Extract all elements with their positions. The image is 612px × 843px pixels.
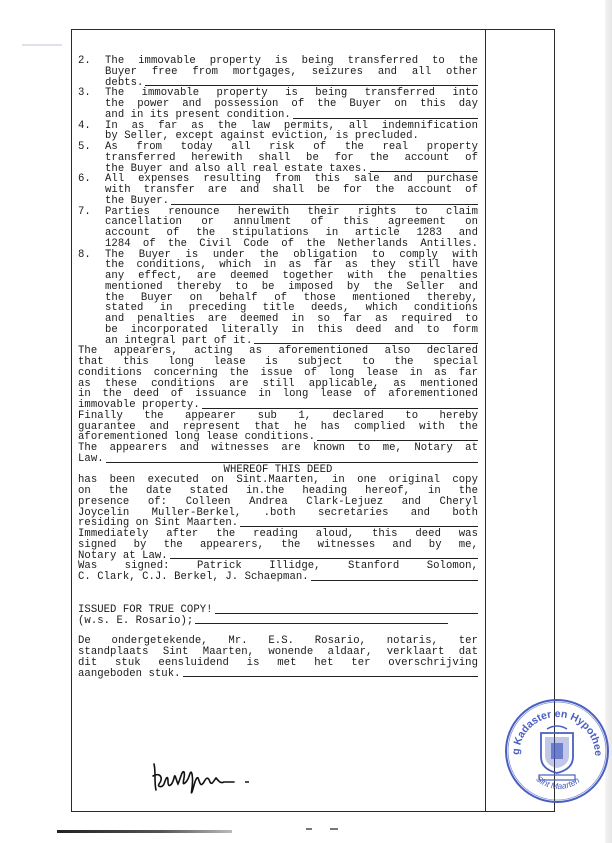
- closing-paragraph: has been executed on Sint.Maarten, in on…: [78, 475, 478, 529]
- clause-body: All expenses resulting from this sale an…: [105, 174, 478, 206]
- line-text: (w.s. E. Rosario);: [78, 616, 193, 627]
- clause-body: The immovable property is being transfer…: [105, 56, 478, 88]
- fill-rule: [202, 408, 478, 409]
- fill-rule: [370, 171, 478, 172]
- text-line: aangeboden stuk.: [78, 669, 478, 680]
- margin-divider: [485, 29, 486, 812]
- text-line: Finally the appearer sub 1, declared to …: [78, 411, 478, 422]
- clause-item: 5.As from today all risk of the real pro…: [78, 142, 478, 174]
- line-text: the Buyer.: [105, 196, 169, 207]
- fill-rule: [254, 343, 478, 344]
- text-line: be incorporated literally in this deed a…: [105, 325, 478, 336]
- spacer: [78, 583, 478, 605]
- ws-rosario-line: (w.s. E. Rosario);: [78, 616, 448, 627]
- text-line: dit stuk eensluidend is met het ter over…: [78, 658, 478, 669]
- text-line: presence of: Colleen Andrea Clark-Lejuez…: [78, 497, 478, 508]
- clause-body: The immovable property is being transfer…: [105, 88, 478, 120]
- text-line: Buyer free from mortgages, seizures and …: [105, 67, 478, 78]
- text-line: and in its present condition.: [105, 110, 478, 121]
- scan-artifact: [22, 44, 62, 46]
- clause-item: 8.The Buyer is under the obligation to c…: [78, 250, 478, 347]
- clause-number: 3.: [78, 88, 105, 120]
- text-line: Law.: [78, 454, 478, 465]
- clause-number: 4.: [78, 121, 105, 143]
- text-line: conditions concerning the issue of long …: [78, 368, 478, 379]
- clause-body: In as far as the law permits, all indemn…: [105, 121, 478, 143]
- clause-body: As from today all risk of the real prope…: [105, 142, 478, 174]
- paragraph: The appearers and witnesses are known to…: [78, 443, 478, 465]
- fill-rule: [183, 676, 478, 677]
- closing-paragraph: Was signed: Patrick Illidge, Stanford So…: [78, 561, 478, 583]
- paragraph: The appearers, acting as aforementioned …: [78, 346, 478, 411]
- text-line: mentioned thereby to be imposed by the S…: [105, 282, 478, 293]
- clause-item: 2.The immovable property is being transf…: [78, 56, 478, 88]
- notary-signature: [150, 758, 260, 798]
- clause-item: 6.All expenses resulting from this sale …: [78, 174, 478, 206]
- fill-rule: [145, 85, 478, 86]
- line-text: and in its present condition.: [105, 110, 291, 121]
- fill-rule: [195, 623, 448, 624]
- line-text: aangeboden stuk.: [78, 669, 181, 680]
- clause-item: 3.The immovable property is being transf…: [78, 88, 478, 120]
- paragraph: Finally the appearer sub 1, declared to …: [78, 411, 478, 443]
- scan-mark: [306, 828, 312, 830]
- text-line: 1284 of the Civil Code of the Netherland…: [105, 239, 478, 250]
- text-line: signed by the appearers, the witnesses a…: [78, 540, 478, 551]
- scan-edge-bar: [57, 830, 232, 833]
- dutch-certification: De ondergetekende, Mr. E.S. Rosario, not…: [78, 636, 478, 679]
- deed-text: 2.The immovable property is being transf…: [78, 56, 478, 679]
- text-line: The appearers and witnesses are known to…: [78, 443, 478, 454]
- clause-body: Parties renounce herewith their rights t…: [105, 207, 478, 250]
- closing-paragraph: Immediately after the reading aloud, thi…: [78, 529, 478, 561]
- scan-mark: [330, 828, 338, 830]
- fill-rule: [215, 613, 478, 614]
- fill-rule: [171, 204, 478, 205]
- issued-true-copy-line: ISSUED FOR TRUE COPY!: [78, 605, 478, 616]
- line-text: ISSUED FOR TRUE COPY!: [78, 605, 213, 616]
- text-line: C. Clark, C.J. Berkel, J. Schaepman.: [78, 572, 478, 583]
- text-line: the Buyer.: [105, 196, 478, 207]
- fill-rule: [106, 462, 478, 463]
- fill-rule: [311, 580, 478, 581]
- fill-rule: [317, 440, 478, 441]
- clause-body: The Buyer is under the obligation to com…: [105, 250, 478, 347]
- fill-rule: [170, 558, 478, 559]
- clause-number: 2.: [78, 56, 105, 88]
- text-line: transferred herewith shall be for the ac…: [105, 153, 478, 164]
- fill-rule: [240, 526, 478, 527]
- clause-number: 5.: [78, 142, 105, 174]
- line-text: Law.: [78, 454, 104, 465]
- clause-number: 6.: [78, 174, 105, 206]
- clause-item: 4.In as far as the law permits, all inde…: [78, 121, 478, 143]
- clause-number: 8.: [78, 250, 105, 347]
- registry-seal-stamp: Stichting Kadaster en Hypotheekwezen Sin…: [503, 697, 611, 805]
- fill-rule: [293, 118, 478, 119]
- line-text: C. Clark, C.J. Berkel, J. Schaepman.: [78, 572, 309, 583]
- clause-item: 7.Parties renounce herewith their rights…: [78, 207, 478, 250]
- clause-number: 7.: [78, 207, 105, 250]
